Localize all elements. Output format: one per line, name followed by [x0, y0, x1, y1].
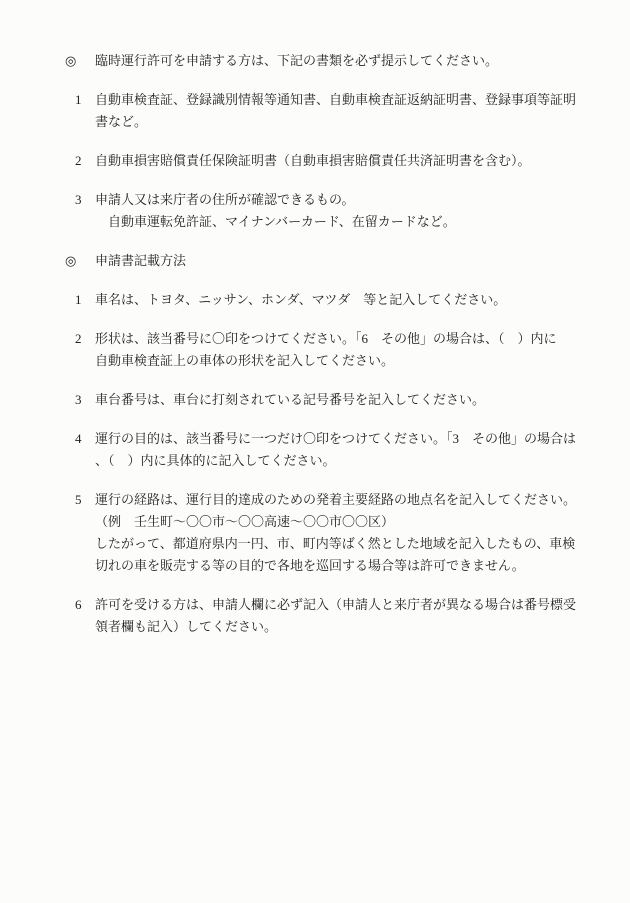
item-number: 1	[65, 289, 95, 311]
item-number: 3	[65, 189, 95, 211]
text-line: 許可を受ける方は、申請人欄に必ず記入（申請人と来庁者が異なる場合は番号標受	[95, 594, 580, 616]
item-text: 車名は、トヨタ、ニッサン、ホンダ、マツダ 等と記入してください。	[95, 289, 580, 311]
text-line: 車名は、トヨタ、ニッサン、ホンダ、マツダ 等と記入してください。	[95, 289, 580, 311]
item-text: 車台番号は、車台に打刻されている記号番号を記入してください。	[95, 389, 580, 411]
item-text: 申請人又は来庁者の住所が確認できるもの。 自動車運転免許証、マイナンバーカード、…	[95, 189, 580, 233]
text-line: 自動車損害賠償責任保険証明書（自動車損害賠償責任共済証明書を含む）。	[95, 150, 580, 172]
instruction-item: 3申請人又は来庁者の住所が確認できるもの。 自動車運転免許証、マイナンバーカード…	[65, 189, 580, 233]
text-line: 書など。	[95, 111, 580, 133]
text-line: 形状は、該当番号に〇印をつけてください。「6 その他」の場合は、（ ）内に	[95, 328, 580, 350]
text-line: 運行の目的は、該当番号に一つだけ〇印をつけてください。「3 その他」の場合は	[95, 428, 580, 450]
item-number: 4	[65, 428, 95, 450]
item-number: 3	[65, 389, 95, 411]
double-circle-marker: ◎	[65, 250, 95, 272]
instruction-item: 1車名は、トヨタ、ニッサン、ホンダ、マツダ 等と記入してください。	[65, 289, 580, 311]
item-number: 2	[65, 328, 95, 350]
text-line: 臨時運行許可を申請する方は、下記の書類を必ず提示してください。	[95, 50, 580, 72]
instruction-item: 1自動車検査証、登録識別情報等通知書、自動車検査証返納証明書、登録事項等証明書な…	[65, 89, 580, 133]
item-text: 自動車検査証、登録識別情報等通知書、自動車検査証返納証明書、登録事項等証明書など…	[95, 89, 580, 133]
text-line: 申請書記載方法	[95, 250, 580, 272]
item-text: 運行の目的は、該当番号に一つだけ〇印をつけてください。「3 その他」の場合は、（…	[95, 428, 580, 472]
text-line: 自動車検査証、登録識別情報等通知書、自動車検査証返納証明書、登録事項等証明	[95, 89, 580, 111]
text-line: 自動車検査証上の車体の形状を記入してください。	[95, 350, 580, 372]
text-line: したがって、都道府県内一円、市、町内等ばく然とした地域を記入したもの、車検	[95, 533, 580, 555]
text-line: 申請人又は来庁者の住所が確認できるもの。	[95, 189, 580, 211]
instruction-item: 5運行の経路は、運行目的達成のための発着主要経路の地点名を記入してください。（例…	[65, 489, 580, 577]
item-text: 許可を受ける方は、申請人欄に必ず記入（申請人と来庁者が異なる場合は番号標受領者欄…	[95, 594, 580, 638]
item-text: 自動車損害賠償責任保険証明書（自動車損害賠償責任共済証明書を含む）。	[95, 150, 580, 172]
item-number: 6	[65, 594, 95, 616]
instruction-item: 2形状は、該当番号に〇印をつけてください。「6 その他」の場合は、（ ）内に自動…	[65, 328, 580, 372]
text-line: 自動車運転免許証、マイナンバーカード、在留カードなど。	[95, 211, 580, 233]
instruction-item: 3車台番号は、車台に打刻されている記号番号を記入してください。	[65, 389, 580, 411]
item-text: 臨時運行許可を申請する方は、下記の書類を必ず提示してください。	[95, 50, 580, 72]
text-line: （例 壬生町～〇〇市～〇〇高速～〇〇市〇〇区）	[95, 511, 580, 533]
text-line: 切れの車を販売する等の目的で各地を巡回する場合等は許可できません。	[95, 555, 580, 577]
text-line: 運行の経路は、運行目的達成のための発着主要経路の地点名を記入してください。	[95, 489, 580, 511]
instruction-item: 4運行の目的は、該当番号に一つだけ〇印をつけてください。「3 その他」の場合は、…	[65, 428, 580, 472]
instruction-list: ◎臨時運行許可を申請する方は、下記の書類を必ず提示してください。1自動車検査証、…	[65, 50, 580, 638]
document-page: ◎臨時運行許可を申請する方は、下記の書類を必ず提示してください。1自動車検査証、…	[0, 0, 630, 903]
section-header: ◎申請書記載方法	[65, 250, 580, 272]
instruction-item: 6許可を受ける方は、申請人欄に必ず記入（申請人と来庁者が異なる場合は番号標受領者…	[65, 594, 580, 638]
item-number: 1	[65, 89, 95, 111]
item-text: 運行の経路は、運行目的達成のための発着主要経路の地点名を記入してください。（例 …	[95, 489, 580, 577]
double-circle-marker: ◎	[65, 50, 95, 72]
item-number: 2	[65, 150, 95, 172]
text-line: 車台番号は、車台に打刻されている記号番号を記入してください。	[95, 389, 580, 411]
text-line: 、（ ）内に具体的に記入してください。	[95, 450, 580, 472]
text-line: 領者欄も記入）してください。	[95, 616, 580, 638]
item-text: 申請書記載方法	[95, 250, 580, 272]
instruction-item: 2自動車損害賠償責任保険証明書（自動車損害賠償責任共済証明書を含む）。	[65, 150, 580, 172]
section-header: ◎臨時運行許可を申請する方は、下記の書類を必ず提示してください。	[65, 50, 580, 72]
item-text: 形状は、該当番号に〇印をつけてください。「6 その他」の場合は、（ ）内に自動車…	[95, 328, 580, 372]
item-number: 5	[65, 489, 95, 511]
